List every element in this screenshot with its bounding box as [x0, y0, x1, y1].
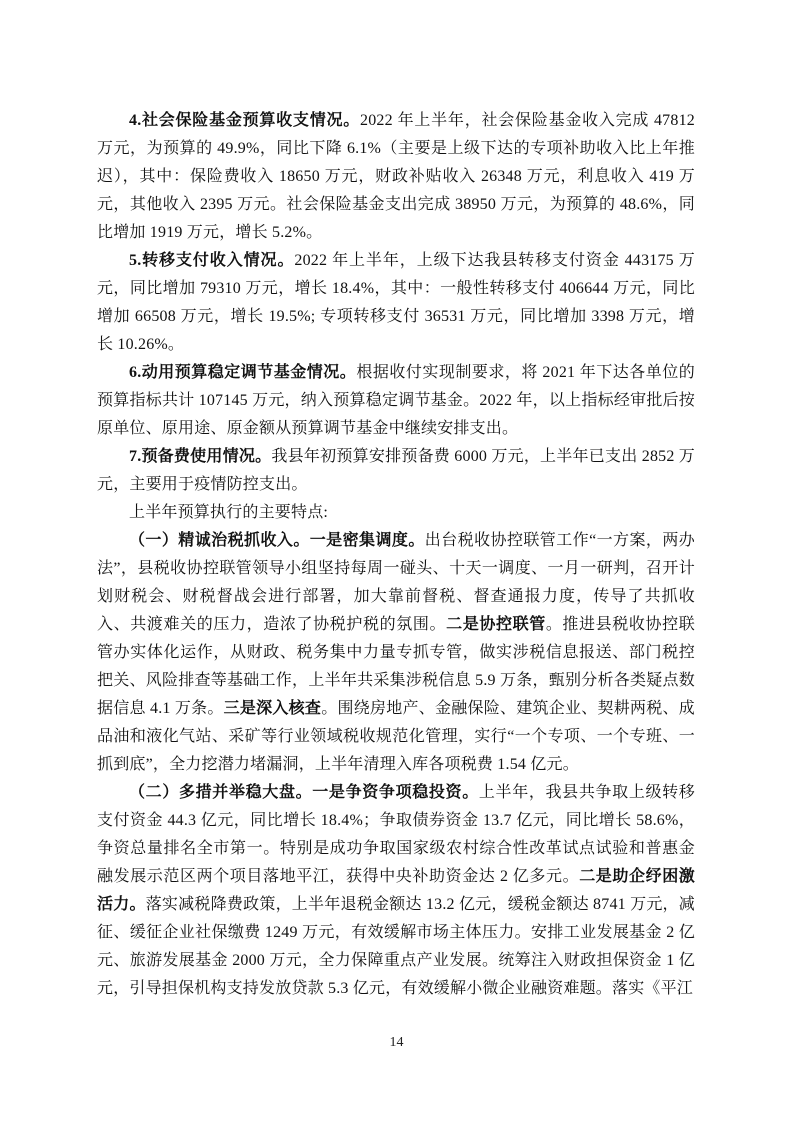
page-number: 14: [0, 1035, 793, 1051]
document-body: 4.社会保险基金预算收支情况。2022 年上半年，社会保险基金收入完成 4781…: [97, 107, 695, 1003]
inline-heading: 二是协控联管: [446, 616, 546, 633]
paragraph-reserve-fee-usage: 7.预备费使用情况。我县年初预算安排预备费 6000 万元，上半年已支出 285…: [97, 443, 695, 499]
paragraph-heading: 6.动用预算稳定调节基金情况。: [129, 364, 356, 381]
paragraph-heading: 7.预备费使用情况。: [129, 448, 271, 465]
paragraph-feature-two-stabilize-economy: （二）多措并举稳大盘。一是争资争项稳投资。上半年，我县共争取上级转移支付资金 4…: [97, 779, 695, 1003]
paragraph-heading: 4.社会保险基金预算收支情况。: [129, 112, 360, 129]
inline-heading: 三是深入核查: [224, 700, 322, 717]
paragraph-features-intro: 上半年预算执行的主要特点:: [97, 499, 695, 527]
paragraph-text: 2022 年上半年，社会保险基金收入完成 47812 万元，为预算的 49.9%…: [97, 112, 695, 241]
paragraph-social-insurance-budget: 4.社会保险基金预算收支情况。2022 年上半年，社会保险基金收入完成 4781…: [97, 107, 695, 247]
paragraph-stabilization-fund: 6.动用预算稳定调节基金情况。根据收付实现制要求，将 2021 年下达各单位的预…: [97, 359, 695, 443]
paragraph-heading: （一）精诚治税抓收入。一是密集调度。: [129, 532, 425, 549]
paragraph-text: 上半年预算执行的主要特点:: [129, 504, 328, 521]
paragraph-heading: （二）多措并举稳大盘。一是争资争项稳投资。: [129, 784, 479, 801]
paragraph-transfer-payment-income: 5.转移支付收入情况。2022 年上半年，上级下达我县转移支付资金 443175…: [97, 247, 695, 359]
paragraph-feature-one-tax-collection: （一）精诚治税抓收入。一是密集调度。出台税收协控联管工作“一方案，两办法”，县税…: [97, 527, 695, 779]
paragraph-text: 落实减税降费政策，上半年退税金额达 13.2 亿元，缓税金额达 8741 万元，…: [97, 896, 695, 997]
paragraph-heading: 5.转移支付收入情况。: [129, 252, 294, 269]
document-page: 4.社会保险基金预算收支情况。2022 年上半年，社会保险基金收入完成 4781…: [0, 0, 793, 1122]
